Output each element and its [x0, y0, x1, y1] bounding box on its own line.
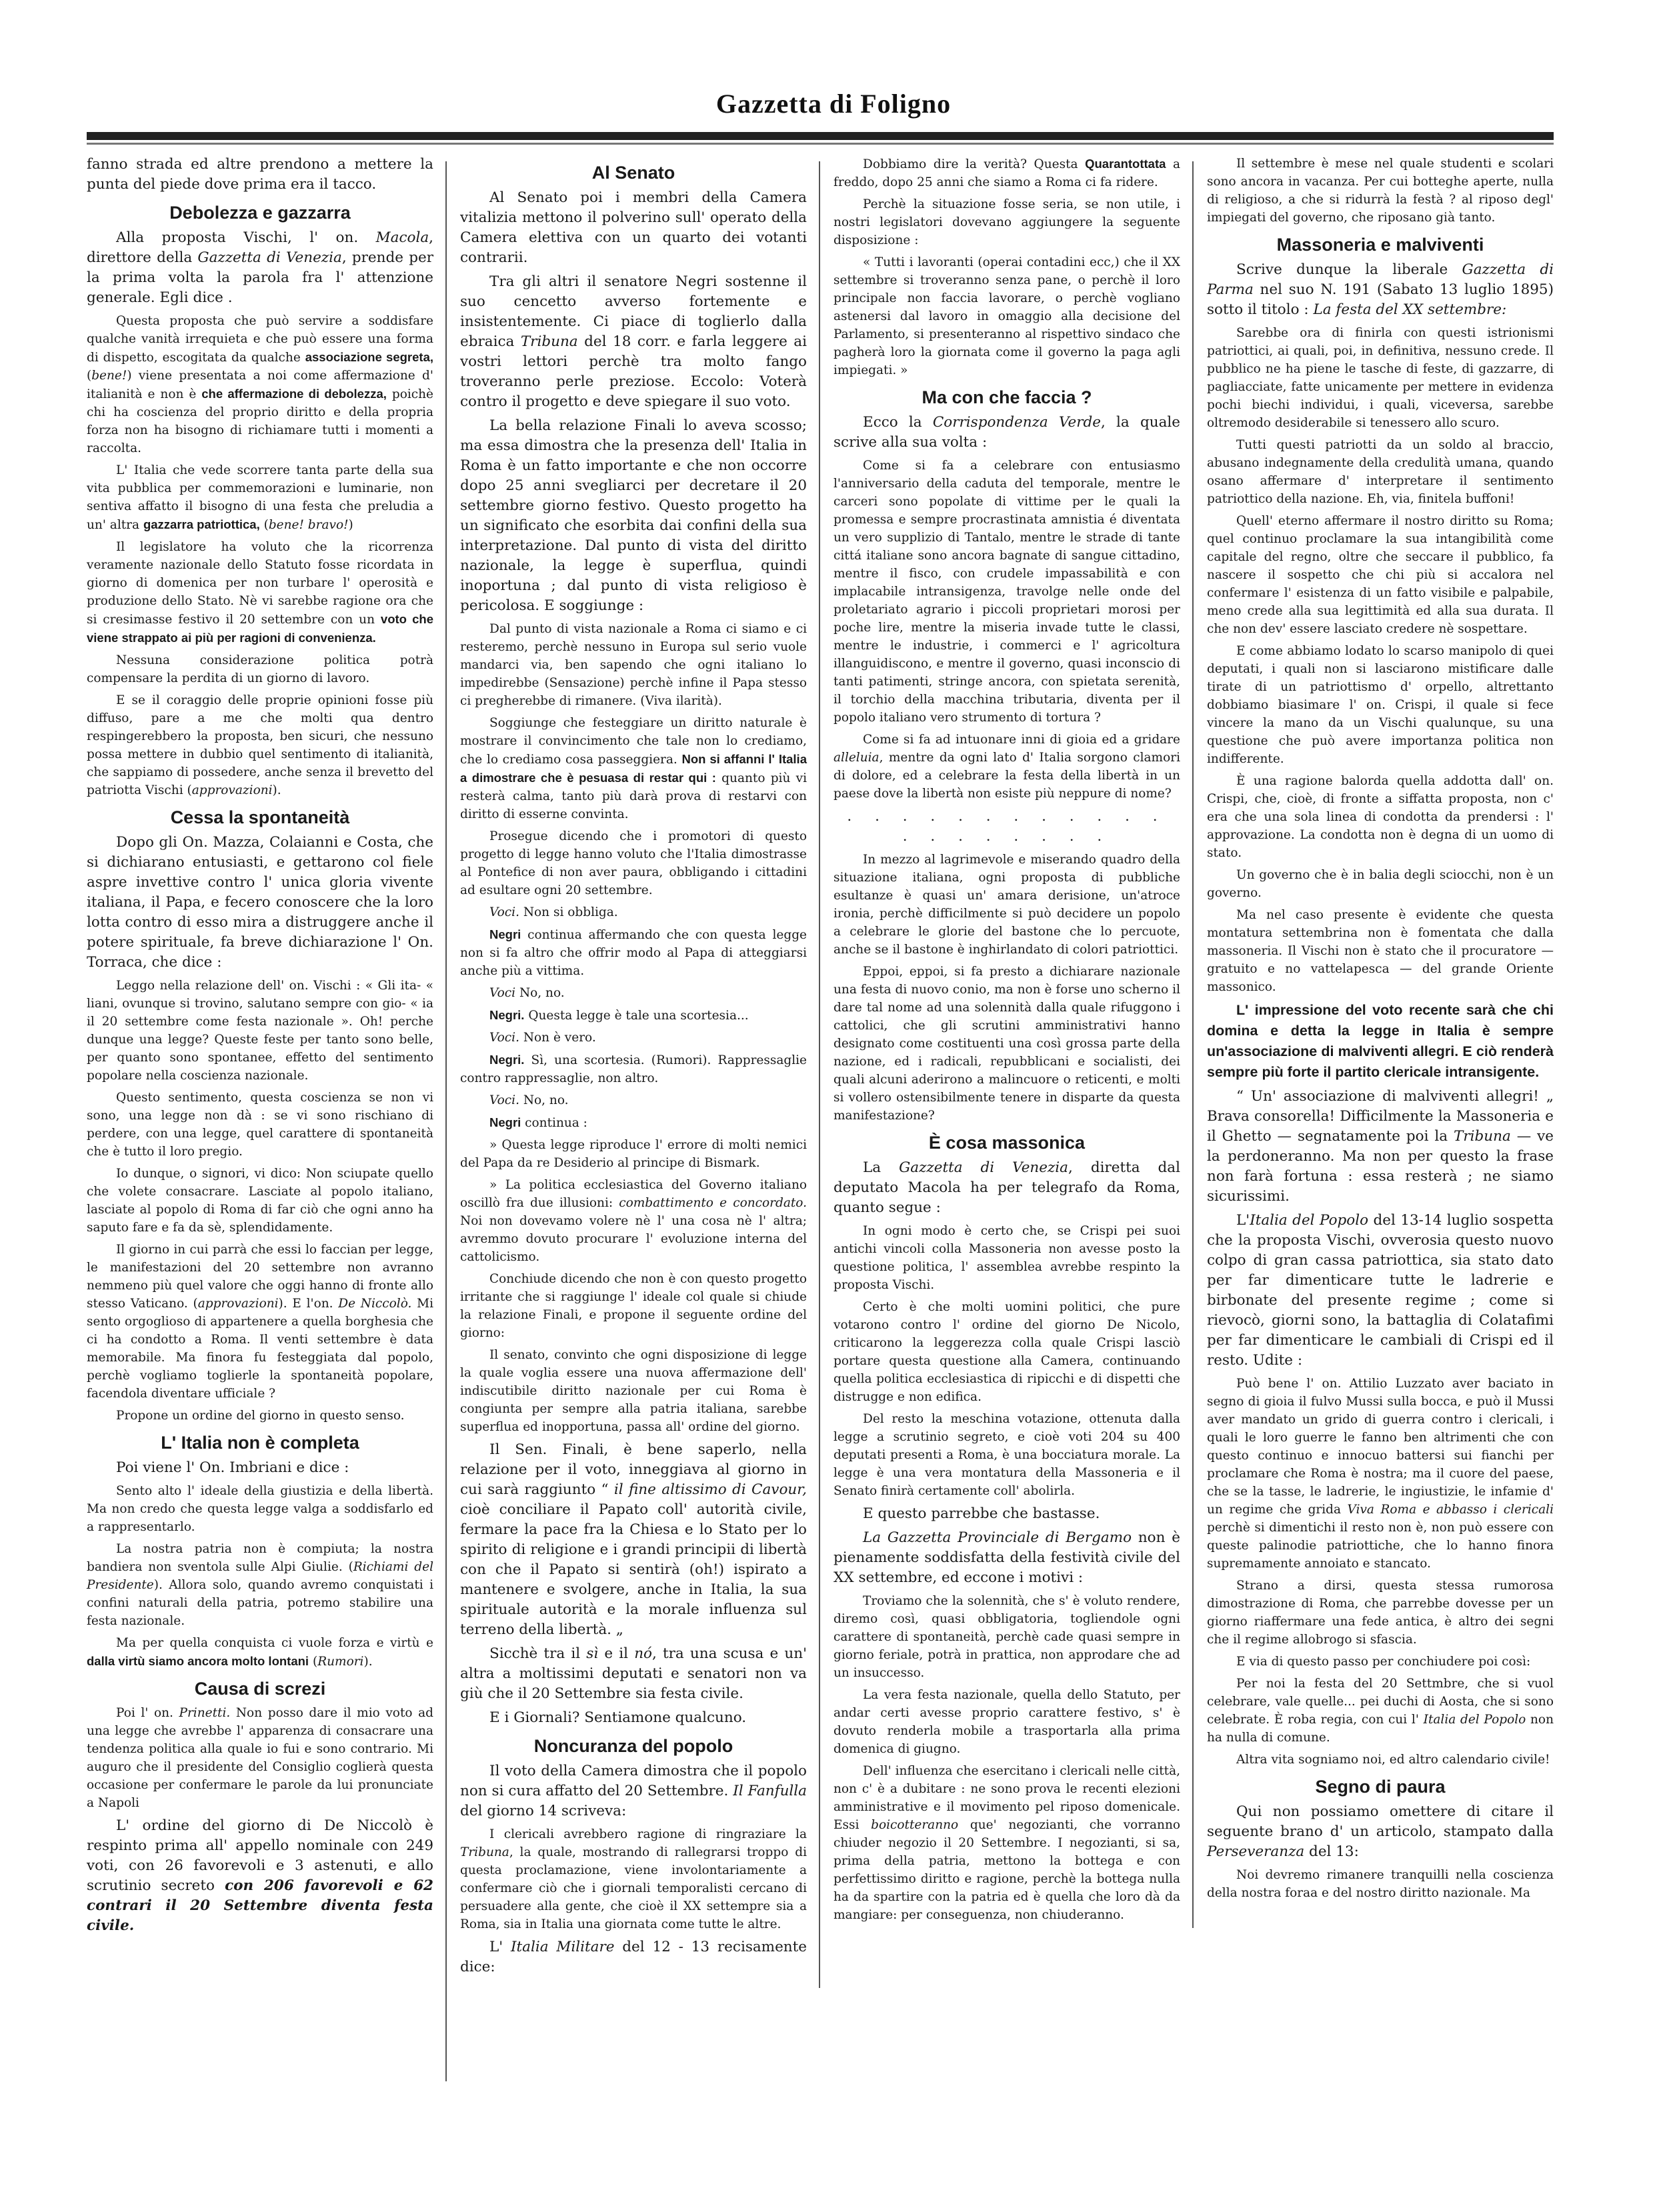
text-run: In mezzo al lagrimevole e miserando quad… — [833, 853, 1180, 957]
text-run: L' — [489, 1939, 511, 1955]
paragraph: L' ordine del giorno di De Niccolò è res… — [87, 1816, 433, 1936]
italic-text: bene! — [91, 369, 127, 383]
paragraph: Dell' influenza che esercitano i clerica… — [833, 1762, 1180, 1924]
text-run: E questo parrebbe che bastasse. — [863, 1505, 1100, 1522]
text-run: No, no. — [515, 986, 565, 1000]
paragraph: La nostra patria non è compiuta; la nost… — [87, 1540, 433, 1630]
text-run: del 13-14 luglio sospetta che la propost… — [1207, 1212, 1554, 1369]
masthead-rule-thick — [87, 132, 1554, 140]
paragraph: Voci. No, no. — [460, 1091, 807, 1109]
paragraph: Il legislatore ha voluto che la ricorren… — [87, 538, 433, 647]
paragraph: Sarebbe ora di finirla con questi istrio… — [1207, 324, 1554, 432]
text-run: La vera festa nazionale, quella dello St… — [833, 1688, 1180, 1756]
text-run: Al Senato poi i membri della Camera vita… — [460, 189, 807, 266]
text-run: Strano a dirsi, questa stessa rumorosa d… — [1207, 1579, 1554, 1647]
text-run: ). E l'on. — [279, 1297, 339, 1311]
paragraph: E questo parrebbe che bastasse. — [833, 1504, 1180, 1524]
section-heading: Causa di screzi — [87, 1677, 433, 1700]
italic-text: Perseveranza — [1207, 1843, 1304, 1860]
text-run: Poi l' on. — [116, 1706, 179, 1720]
section-heading: Segno di paura — [1207, 1775, 1554, 1798]
text-run: E via di questo passo per conchiudere po… — [1236, 1655, 1530, 1669]
text-run: Nessuna considerazione politica potrà co… — [87, 653, 433, 685]
text-run: Ma per quella conquista ci vuole forza e… — [116, 1636, 433, 1650]
paragraph: Il settembre è mese nel quale studenti e… — [1207, 155, 1554, 227]
column-4: Il settembre è mese nel quale studenti e… — [1207, 155, 1554, 2188]
bold-text: gazzarra patriottica, — [143, 517, 260, 531]
text-run: Sento alto l' ideale della giustizia e d… — [87, 1484, 433, 1534]
text-run: Questo sentimento, questa coscienza se n… — [87, 1091, 433, 1159]
italic-text: bene! bravo! — [269, 518, 349, 532]
paragraph: L' Italia che vede scorrere tanta parte … — [87, 461, 433, 534]
text-run: Non si obbliga. — [519, 905, 618, 919]
paragraph: Altra vita sogniamo noi, ed altro calend… — [1207, 1751, 1554, 1769]
column-divider — [819, 161, 820, 1988]
text-run: No, no. — [519, 1093, 569, 1107]
paragraph: Come si fa ad intuonare inni di gioia ed… — [833, 731, 1180, 803]
italic-text: Voci. — [489, 1093, 519, 1107]
text-run: continua : — [521, 1116, 587, 1130]
paragraph: fanno strada ed altre prendono a mettere… — [87, 155, 433, 195]
masthead-rule-thin — [87, 143, 1554, 145]
paragraph: Un governo che è in balia degli sciocchi… — [1207, 866, 1554, 902]
text-run: E i Giornali? Sentiamone qualcuno. — [489, 1709, 746, 1726]
text-run: Come si fa ad intuonare inni di gioia ed… — [863, 733, 1180, 747]
paragraph: Per noi la festa del 20 Settmbre, che si… — [1207, 1675, 1554, 1747]
text-run: E se il coraggio delle proprie opinioni … — [87, 693, 433, 797]
section-heading: È cosa massonica — [833, 1131, 1180, 1154]
bold-text: Quarantottata — [1085, 157, 1166, 171]
paragraph: Prosegue dicendo che i promotori di ques… — [460, 827, 807, 899]
text-run: Quell' eterno affermare il nostro diritt… — [1207, 514, 1554, 636]
text-run: La bella relazione Finali lo aveva scoss… — [460, 417, 807, 614]
paragraph: La Gazzetta di Venezia, diretta dal depu… — [833, 1158, 1180, 1218]
text-run: , la quale, mostrando di rallegrarsi tro… — [460, 1845, 807, 1931]
italic-text: Viva Roma e abbasso i clericali — [1348, 1503, 1554, 1517]
paragraph: Il giorno in cui parrà che essi lo facci… — [87, 1241, 433, 1403]
paragraph: Voci No, no. — [460, 984, 807, 1002]
text-run: , mentre da ogni lato d' Italia sorgono … — [833, 751, 1180, 801]
paragraph: Alla proposta Vischi, l' on. Macola, dir… — [87, 228, 433, 308]
italic-text: Tribuna — [521, 333, 578, 350]
italic-text: il fine altissimo di Cavour, — [614, 1481, 807, 1498]
section-heading: Al Senato — [460, 161, 807, 184]
paragraph: Eppoi, eppoi, si fa presto a dichiarare … — [833, 963, 1180, 1125]
text-run: Il senato, convinto che ogni disposizion… — [460, 1348, 807, 1434]
text-run: del 13: — [1304, 1843, 1359, 1860]
paragraph: Negri continua affermando che con questa… — [460, 925, 807, 980]
paragraph: In ogni modo è certo che, se Crispi pei … — [833, 1222, 1180, 1294]
text-run: Dobbiamo dire la verità? Questa — [863, 157, 1085, 171]
paragraph: E via di questo passo per conchiudere po… — [1207, 1653, 1554, 1671]
italic-text: approvazioni — [198, 1297, 279, 1311]
paragraph: I clericali avrebbero ragione di ringraz… — [460, 1825, 807, 1933]
italic-text: Macola — [376, 229, 429, 246]
text-run: « Tutti i lavoranti (operai contadini ec… — [833, 255, 1180, 377]
italic-text: Rumori — [317, 1655, 363, 1669]
text-run: Tutti questi patriotti da un soldo al br… — [1207, 438, 1554, 506]
paragraph: « Tutti i lavoranti (operai contadini ec… — [833, 253, 1180, 379]
paragraph: Perchè la situazione fosse seria, se non… — [833, 195, 1180, 249]
text-run: In ogni modo è certo che, se Crispi pei … — [833, 1224, 1180, 1292]
italic-text: Voci. — [489, 1031, 519, 1045]
paragraph: Quell' eterno affermare il nostro diritt… — [1207, 512, 1554, 638]
paragraph: Ma nel caso presente è evidente che ques… — [1207, 906, 1554, 996]
column-divider — [445, 161, 447, 2081]
text-run: Ecco la — [863, 414, 933, 431]
paragraph: In mezzo al lagrimevole e miserando quad… — [833, 851, 1180, 959]
text-run: fanno strada ed altre prendono a mettere… — [87, 156, 433, 193]
italic-text: sì — [586, 1645, 598, 1662]
paragraph: È una ragione balorda quella addotta dal… — [1207, 772, 1554, 862]
italic-text: Il Fanfulla — [733, 1783, 807, 1799]
text-run: Non posso dare il mio voto ad una legge … — [87, 1706, 433, 1810]
paragraph: Tra gli altri il senatore Negri sostenne… — [460, 272, 807, 412]
section-heading: Ma con che faccia ? — [833, 386, 1180, 409]
text-run: Altra vita sogniamo noi, ed altro calend… — [1236, 1753, 1550, 1767]
text-run: Eppoi, eppoi, si fa presto a dichiarare … — [833, 965, 1180, 1123]
paragraph: Poi l' on. Prinetti. Non posso dare il m… — [87, 1704, 433, 1812]
paragraph: La vera festa nazionale, quella dello St… — [833, 1686, 1180, 1758]
italic-text: boicotteranno — [871, 1818, 958, 1832]
paragraph: Può bene l' on. Attilio Luzzato aver bac… — [1207, 1375, 1554, 1573]
text-run: Prosegue dicendo che i promotori di ques… — [460, 829, 807, 897]
text-run: que' negozianti, che vorranno chiuder ne… — [833, 1818, 1180, 1922]
text-run: Noi non dovevamo volere nè l' una cosa n… — [460, 1214, 807, 1264]
italic-text: Voci — [489, 986, 515, 1000]
text-run: ). — [273, 783, 281, 797]
paragraph: Nessuna considerazione politica potrà co… — [87, 651, 433, 687]
italic-text: Tribuna — [1454, 1128, 1511, 1145]
paragraph: L' impressione del voto recente sarà che… — [1207, 1000, 1554, 1083]
paragraph: Qui non possiamo omettere di citare il s… — [1207, 1802, 1554, 1862]
newspaper-title: Gazzetta di Foligno — [0, 88, 1667, 119]
text-run: Un governo che è in balia degli sciocchi… — [1207, 868, 1554, 900]
paragraph: Questa proposta che può servire a soddis… — [87, 312, 433, 457]
text-run: Poi viene l' On. Imbriani e dice : — [116, 1459, 349, 1476]
paragraph: La Gazzetta Provinciale di Bergamo non è… — [833, 1528, 1180, 1588]
column-1: fanno strada ed altre prendono a mettere… — [87, 155, 433, 2188]
bold-text: dalla virtù siamo ancora molto lontani — [87, 1654, 309, 1668]
paragraph: Il Sen. Finali, è bene saperlo, nella re… — [460, 1440, 807, 1640]
paragraph: L' Italia Militare del 12 - 13 recisamen… — [460, 1937, 807, 1977]
paragraph: Come si fa a celebrare con entusiasmo l'… — [833, 457, 1180, 727]
italic-text: approvazioni — [192, 783, 273, 797]
italic-text: La Gazzetta Provinciale di Bergamo — [863, 1529, 1132, 1546]
text-run: È una ragione balorda quella addotta dal… — [1207, 774, 1554, 860]
article-columns: fanno strada ed altre prendono a mettere… — [87, 155, 1560, 2195]
paragraph: Negri. Questa legge è tale una scortesia… — [460, 1006, 807, 1025]
paragraph: Voci. Non si obbliga. — [460, 903, 807, 921]
text-run: cioè conciliare il Papato coll' autorità… — [460, 1501, 807, 1638]
paragraph: Questo sentimento, questa coscienza se n… — [87, 1089, 433, 1161]
text-run: Il settembre è mese nel quale studenti e… — [1207, 157, 1554, 225]
paragraph: Propone un ordine del giorno in questo s… — [87, 1407, 433, 1425]
text-run: Del resto la meschina votazione, ottenut… — [833, 1412, 1180, 1498]
paragraph: Negri continua : — [460, 1113, 807, 1132]
text-run: Alla proposta Vischi, l' on. — [116, 229, 376, 246]
italic-text: Gazzetta di Venezia — [899, 1159, 1068, 1176]
masthead: Gazzetta di Foligno — [0, 0, 1667, 147]
paragraph: Il voto della Camera dimostra che il pop… — [460, 1761, 807, 1821]
italic-text: La festa del XX settembre: — [1313, 301, 1506, 318]
italic-text: combattimento e concordato. — [619, 1196, 807, 1210]
bold-text: Negri. — [489, 1008, 524, 1022]
text-run: Scrive dunque la liberale — [1236, 261, 1462, 278]
paragraph: E come abbiamo lodato lo scarso manipolo… — [1207, 642, 1554, 768]
italic-text: Italia del Popolo — [1250, 1212, 1368, 1229]
italic-text: Voci. — [489, 905, 519, 919]
section-heading: Debolezza e gazzarra — [87, 201, 433, 224]
section-heading: Noncuranza del popolo — [460, 1735, 807, 1757]
text-run: E come abbiamo lodato lo scarso manipolo… — [1207, 644, 1554, 766]
italic-text: Corrispondenza Verde — [933, 414, 1101, 431]
section-heading: L' Italia non è completa — [87, 1431, 433, 1454]
paragraph: » La politica ecclesiastica del Governo … — [460, 1176, 807, 1266]
text-run: Come si fa a celebrare con entusiasmo l'… — [833, 459, 1180, 725]
paragraph: Strano a dirsi, questa stessa rumorosa d… — [1207, 1577, 1554, 1649]
paragraph: Dopo gli On. Mazza, Colaianni e Costa, c… — [87, 833, 433, 973]
paragraph: Noi devremo rimanere tranquilli nella co… — [1207, 1866, 1554, 1902]
paragraph: Poi viene l' On. Imbriani e dice : — [87, 1458, 433, 1478]
text-run: Qui non possiamo omettere di citare il s… — [1207, 1803, 1554, 1840]
text-run: Dal punto di vista nazionale a Roma ci s… — [460, 622, 807, 708]
italic-text: alleluia — [833, 751, 880, 765]
text-run: » Questa legge riproduce l' errore di mo… — [460, 1138, 807, 1170]
paragraph: La bella relazione Finali lo aveva scoss… — [460, 416, 807, 616]
paragraph: Soggiunge che festeggiare un diritto nat… — [460, 714, 807, 823]
text-run: Perchè la situazione fosse seria, se non… — [833, 197, 1180, 247]
text-run: Ma nel caso presente è evidente che ques… — [1207, 908, 1554, 994]
paragraph: Leggo nella relazione dell' on. Vischi :… — [87, 977, 433, 1085]
paragraph: Il senato, convinto che ogni disposizion… — [460, 1346, 807, 1436]
italic-text: Gazzetta di Venezia — [197, 249, 341, 266]
column-3: Dobbiamo dire la verità? Questa Quaranto… — [833, 155, 1180, 2188]
italic-text: Tribuna — [460, 1845, 509, 1859]
paragraph: » Questa legge riproduce l' errore di mo… — [460, 1136, 807, 1172]
column-2: Al SenatoAl Senato poi i membri della Ca… — [460, 155, 807, 2188]
text-run: Sicchè tra il — [489, 1645, 586, 1662]
text-run: del giorno 14 scriveva: — [460, 1803, 626, 1819]
italic-text: De Niccolò. — [338, 1297, 411, 1311]
paragraph: Tutti questi patriotti da un soldo al br… — [1207, 436, 1554, 508]
text-run: Non è vero. — [519, 1031, 596, 1045]
paragraph: Al Senato poi i membri della Camera vita… — [460, 188, 807, 268]
text-run: I clericali avrebbero ragione di ringraz… — [489, 1827, 807, 1841]
section-heading: Massoneria e malviventi — [1207, 233, 1554, 256]
paragraph: “ Un' associazione di malviventi allegri… — [1207, 1087, 1554, 1207]
bold-text: che affermazione di debolezza, — [201, 387, 387, 401]
text-run: Noi devremo rimanere tranquilli nella co… — [1207, 1868, 1554, 1900]
bold-text: Negri — [489, 927, 521, 941]
text-run: Leggo nella relazione dell' on. Vischi :… — [87, 979, 433, 1083]
text-run: e il — [598, 1645, 634, 1662]
paragraph: Troviamo che la solennità, che s' è volu… — [833, 1592, 1180, 1682]
text-run: Conchiude dicendo che non è con questo p… — [460, 1272, 807, 1340]
paragraph: Ma per quella conquista ci vuole forza e… — [87, 1634, 433, 1671]
text-run: Io dunque, o signori, vi dico: Non sciup… — [87, 1167, 433, 1235]
italic-text: nó — [634, 1645, 652, 1662]
paragraph: Negri. Sì, una scortesia. (Rumori). Rapp… — [460, 1051, 807, 1087]
paragraph: Sicchè tra il sì e il nó, tra una scusa … — [460, 1644, 807, 1704]
text-run: Questa legge è tale una scortesia... — [524, 1009, 748, 1023]
paragraph: Del resto la meschina votazione, ottenut… — [833, 1410, 1180, 1500]
paragraph: L'Italia del Popolo del 13-14 luglio sos… — [1207, 1211, 1554, 1371]
text-run: ( — [309, 1655, 317, 1669]
italic-text: Italia del Popolo — [1424, 1713, 1526, 1727]
paragraph: Dal punto di vista nazionale a Roma ci s… — [460, 620, 807, 710]
text-run: Dopo gli On. Mazza, Colaianni e Costa, c… — [87, 834, 433, 971]
paragraph: Dobbiamo dire la verità? Questa Quaranto… — [833, 155, 1180, 191]
italic-text: Prinetti. — [179, 1706, 231, 1720]
text-run: ( — [260, 518, 269, 532]
paragraph: Certo è che molti uomini politici, che p… — [833, 1298, 1180, 1406]
bold-text: associazione segreta, — [305, 350, 433, 364]
bold-text: Negri — [489, 1115, 521, 1129]
text-run: perchè si dimentichi il resto non è, non… — [1207, 1521, 1554, 1571]
paragraph: Voci. Non è vero. — [460, 1029, 807, 1047]
paragraph: Sento alto l' ideale della giustizia e d… — [87, 1482, 433, 1536]
italic-text: Italia Militare — [511, 1939, 614, 1955]
paragraph: E i Giornali? Sentiamone qualcuno. — [460, 1708, 807, 1728]
text-run: Mi sento orgoglioso di appartenere a que… — [87, 1297, 433, 1401]
text-run: Certo è che molti uomini politici, che p… — [833, 1300, 1180, 1404]
bold-text: L' impressione del voto recente sarà che… — [1207, 1002, 1554, 1080]
text-run: ). — [363, 1655, 372, 1669]
text-run: La — [863, 1159, 899, 1176]
bold-text: Negri. — [489, 1053, 524, 1067]
text-run: L' — [1236, 1212, 1250, 1229]
text-run: Troviamo che la solennità, che s' è volu… — [833, 1594, 1180, 1680]
section-heading: Cessa la spontaneità — [87, 806, 433, 829]
paragraph: Ecco la Corrispondenza Verde, la quale s… — [833, 413, 1180, 453]
paragraph: Conchiude dicendo che non è con questo p… — [460, 1270, 807, 1342]
paragraph: Io dunque, o signori, vi dico: Non sciup… — [87, 1165, 433, 1237]
paragraph: Scrive dunque la liberale Gazzetta di Pa… — [1207, 260, 1554, 320]
text-run: Sarebbe ora di finirla con questi istrio… — [1207, 326, 1554, 430]
column-divider — [1192, 161, 1194, 1928]
text-run: Propone un ordine del giorno in questo s… — [116, 1409, 405, 1423]
text-run: Può bene l' on. Attilio Luzzato aver bac… — [1207, 1377, 1554, 1517]
paragraph: E se il coraggio delle proprie opinioni … — [87, 691, 433, 799]
ellipsis-separator: . . . . . . . . . . . . . . . . . . . . — [833, 807, 1180, 847]
text-run: ) — [349, 518, 353, 532]
